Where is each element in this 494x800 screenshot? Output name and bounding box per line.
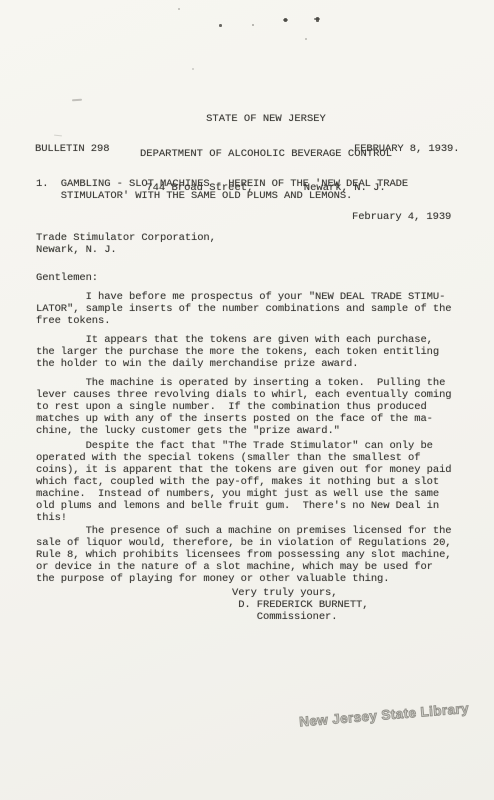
recipient-address: Trade Stimulator Corporation, Newark, N.… [36, 232, 216, 256]
paragraph-5: The presence of such a machine on premis… [36, 525, 451, 585]
scanned-bulletin-page: STATE OF NEW JERSEY DEPARTMENT OF ALCOHO… [0, 0, 494, 800]
scan-speck [283, 19, 288, 21]
paragraph-2: It appears that the tokens are given wit… [36, 334, 439, 370]
scan-speck [314, 18, 320, 20]
paragraph-1: I have before me prospectus of your "NEW… [36, 291, 451, 327]
letter-date: February 4, 1939 [352, 211, 451, 223]
paragraph-4: Despite the fact that "The Trade Stimula… [36, 440, 451, 524]
scan-speck [178, 8, 180, 10]
scan-speck [305, 38, 307, 40]
bulletin-number: BULLETIN 298 [35, 143, 109, 155]
letterhead-state: STATE OF NEW JERSEY [88, 114, 444, 126]
scan-speck [219, 24, 222, 27]
scan-speck [192, 68, 194, 70]
pencil-mark [72, 99, 82, 101]
subject-heading: 1. GAMBLING - SLOT MACHINES - HEREIN OF … [36, 178, 408, 202]
signature-block: Very truly yours, D. FREDERICK BURNETT, … [232, 587, 368, 623]
paragraph-3: The machine is operated by inserting a t… [36, 377, 451, 437]
pencil-mark [54, 135, 62, 137]
salutation: Gentlemen: [36, 272, 98, 284]
library-stamp: New Jersey State Library [299, 702, 460, 730]
scan-speck [252, 24, 254, 26]
bulletin-date: FEBRUARY 8, 1939. [354, 143, 459, 155]
